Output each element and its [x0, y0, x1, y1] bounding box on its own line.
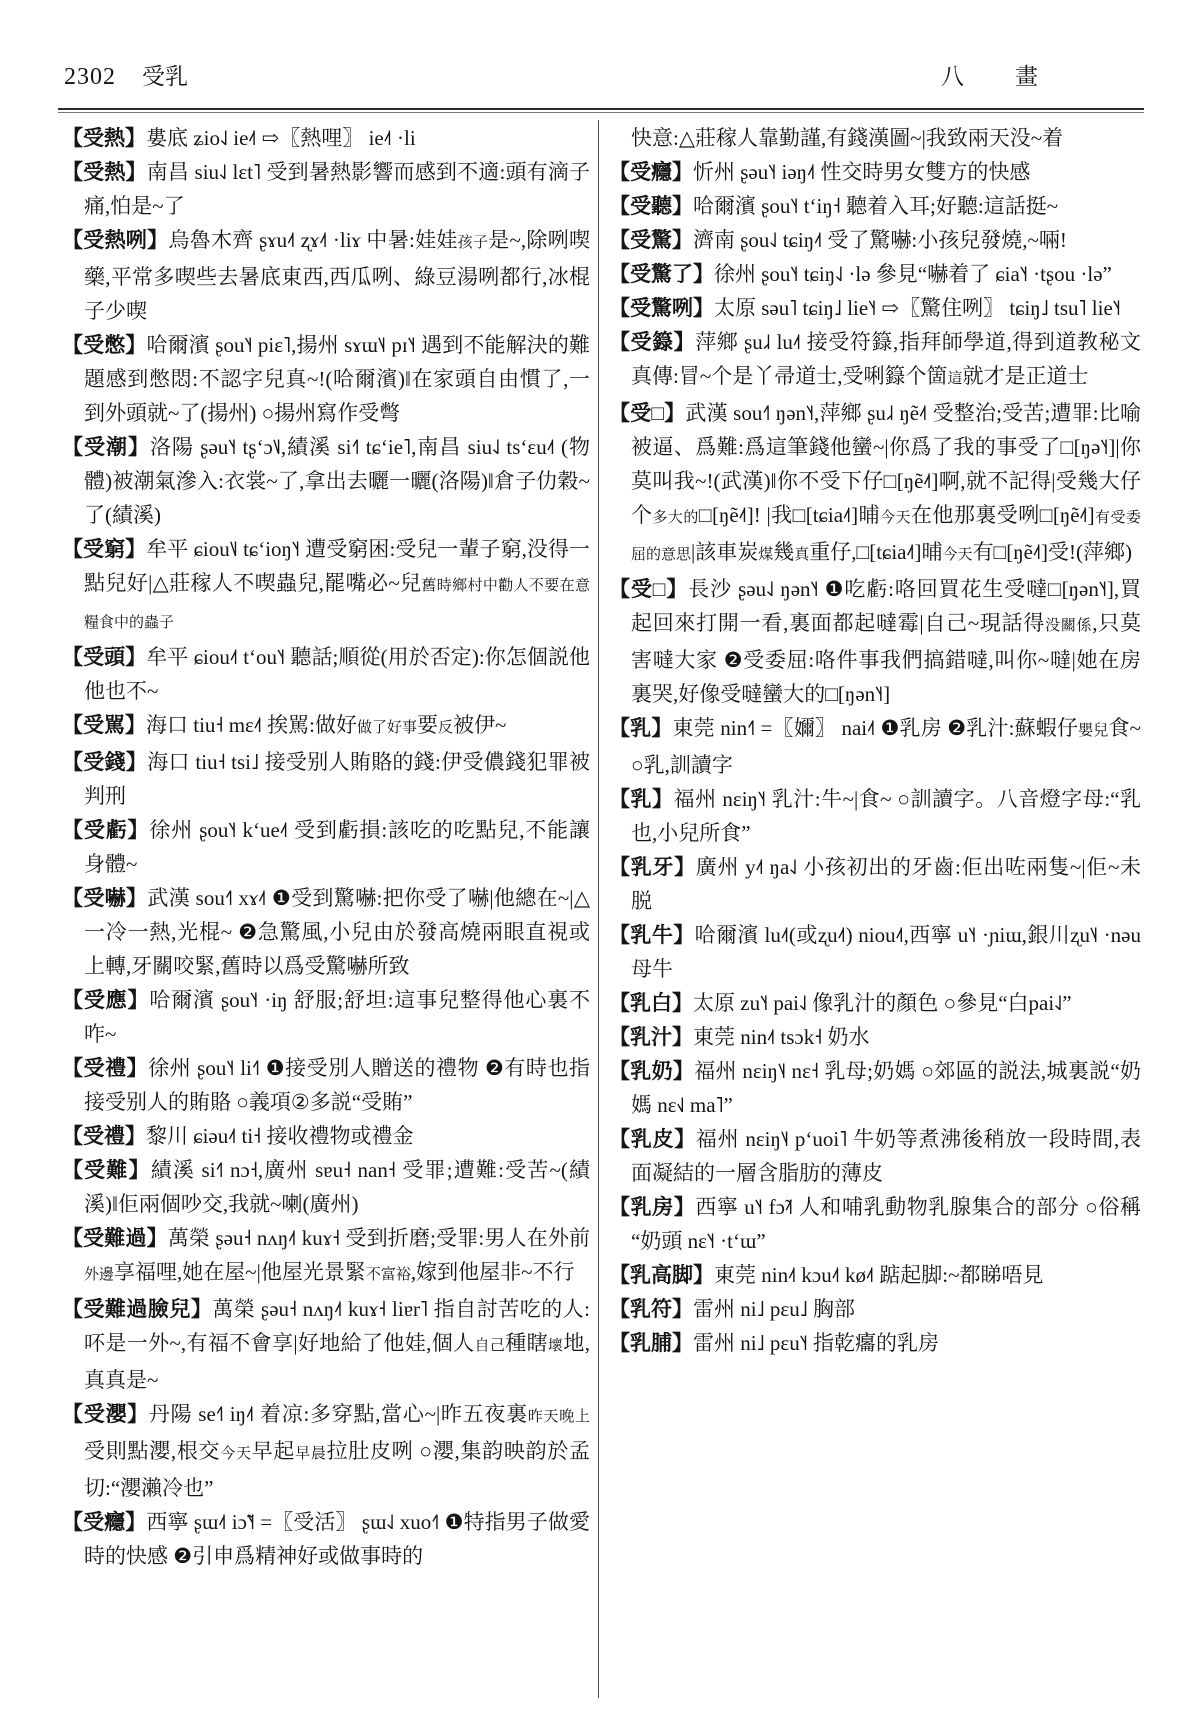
entry-text: 東莞 nin˨˦ tsɔk˧ 奶水	[693, 1025, 870, 1049]
entry-text: □[ŋẽ˨˦]! |我□[tɕia˨˦]晡	[699, 503, 880, 527]
gloss-note-small: 煤	[758, 547, 773, 563]
entry-headword: 【受頭】	[62, 645, 146, 669]
dictionary-entry: 【受瀴】丹陽 se˧˥ iŋ˨˦ 着凉:多穿點,當心~|昨五夜裏昨天晚上受則點瀴…	[62, 1397, 590, 1505]
entry-headword: 【乳高脚】	[609, 1263, 714, 1287]
dictionary-entry: 快意:△莊稼人靠勤謹,有錢漢圖~|我致兩天没~着	[609, 121, 1141, 155]
dictionary-entry: 【受虧】徐州 ʂou˥˧ kʻue˨˦ 受到虧損:該吃的吃點兒,不能讓身體~	[62, 813, 590, 881]
entry-headword: 【受□】	[609, 401, 685, 425]
entry-text: 武漢 sou˧˥ xɤ˨˦ ❶受到驚嚇:把你受了嚇|他總在~|△一冷一熱,光棍~…	[84, 886, 590, 978]
entry-text: 快意:△莊稼人靠勤謹,有錢漢圖~|我致兩天没~着	[631, 126, 1063, 150]
dictionary-entry: 【受驚】濟南 ʂou˨˩ tɕiŋ˨˦ 受了驚嚇:小孩兒發燒,~啢!	[609, 223, 1141, 257]
dictionary-entry: 【乳牛】哈爾濱 lu˨˦(或ʐu˨˦) niou˨˦,西寧 u˥˧ ·ɲiɯ,銀…	[609, 918, 1141, 986]
gloss-note-small: 嬰兒	[1078, 723, 1108, 739]
entry-headword: 【乳房】	[609, 1195, 695, 1219]
header-rule	[58, 108, 1144, 113]
entry-text: 太原 səu˥ tɕiŋ˩ lie˥˧ ⇨〖驚住咧〗 tɕiŋ˩ tsu˥ li…	[714, 296, 1121, 320]
dictionary-entry: 【受禮】黎川 ɕiəu˨˦ ti˧ 接收禮物或禮金	[62, 1119, 590, 1153]
gloss-note-small: 反	[438, 720, 453, 736]
entry-headword: 【乳奶】	[609, 1059, 694, 1083]
gloss-note-small: 不富裕	[366, 1267, 411, 1283]
dictionary-entry: 【乳符】雷州 ni˩ pɛu˩ 胸部	[609, 1292, 1141, 1326]
entry-headword: 【受驚了】	[609, 262, 714, 286]
dictionary-entry: 【受熱】婁底 ʑio˨˩ ie˨˦ ⇨〖熱哩〗 ie˨˦ ·li	[62, 121, 590, 155]
gloss-note-small: 多大的	[652, 510, 698, 526]
header-rule-thin	[58, 112, 1144, 113]
dictionary-entry: 【乳房】西寧 u˥˧ fɔ̃˨˦ 人和哺乳動物乳腺集合的部分 ○俗稱“奶頭 nɛ…	[609, 1190, 1141, 1258]
gloss-note-small: 孩子	[458, 235, 489, 251]
entry-text: 海口 tiu˧ tsi˩ 接受别人賄賂的錢:伊受儂錢犯罪被判刑	[84, 750, 590, 808]
entry-text: 西寧 u˥˧ fɔ̃˨˦ 人和哺乳動物乳腺集合的部分 ○俗稱“奶頭 nɛ˥˧ ·…	[631, 1195, 1141, 1253]
entry-text: 黎川 ɕiəu˨˦ ti˧ 接收禮物或禮金	[146, 1124, 413, 1148]
entry-headword: 【受窮】	[62, 537, 146, 561]
header-left: 2302 受乳	[64, 58, 188, 91]
entry-headword: 【受癮】	[609, 160, 693, 184]
dictionary-entry: 【受頭】牟平 ɕiou˨˦ tʻou˥˧ 聽話;順從(用於否定):你怎個説他他也…	[62, 640, 590, 708]
entry-text: 有□[ŋẽ˨˦]受!(萍鄉)	[973, 540, 1132, 564]
entry-headword: 【受難過臉兒】	[62, 1297, 212, 1321]
entry-text: 哈爾濱 lu˨˦(或ʐu˨˦) niou˨˦,西寧 u˥˧ ·ɲiɯ,銀川ʐu˥…	[631, 923, 1141, 981]
dictionary-entry: 【受錢】海口 tiu˧ tsi˩ 接受别人賄賂的錢:伊受儂錢犯罪被判刑	[62, 745, 590, 813]
entry-headword: 【乳脯】	[609, 1331, 693, 1355]
gloss-note-small: 今天	[220, 1446, 251, 1462]
entry-text: 福州 nɛiŋ˥˨ pʻuoi˥ 牛奶等煮沸後稍放一段時間,表面凝結的一層含脂肪…	[631, 1127, 1141, 1185]
entry-text: 雷州 ni˩ pɛu˥˧ 指乾癟的乳房	[693, 1331, 939, 1355]
stroke-section: 八 畫	[941, 58, 1052, 91]
dictionary-entry: 【受難】績溪 si˧˥ nɔ˧,廣州 sɐu˧ nan˧ 受罪;遭難:受苦~(績…	[62, 1153, 590, 1221]
entry-headword: 【受聽】	[609, 194, 693, 218]
entry-text: 雷州 ni˩ pɛu˩ 胸部	[693, 1297, 855, 1321]
entry-headword: 【受潮】	[62, 435, 150, 459]
gloss-note-small: 自己	[474, 1338, 505, 1354]
entry-text: 徐州 ʂou˥˧ kʻue˨˦ 受到虧損:該吃的吃點兒,不能讓身體~	[84, 818, 590, 876]
dictionary-entry: 【受熱】南昌 siu˨˩ lɛt˥ 受到暑熱影響而感到不適:頭有滴子痛,怕是~了	[62, 155, 590, 223]
gloss-note-small: 真	[794, 547, 809, 563]
entry-headword: 【受應】	[62, 988, 149, 1012]
gloss-note-small: 昨天晚上	[528, 1409, 590, 1425]
dictionary-entry: 【受潮】洛陽 ʂəu˥˧ tʂʻɔ˥˩,績溪 si˧˥ tɕʻie˥,南昌 si…	[62, 430, 590, 532]
entry-headword: 【乳皮】	[609, 1127, 696, 1151]
dictionary-entry: 【受嚇】武漢 sou˧˥ xɤ˨˦ ❶受到驚嚇:把你受了嚇|他總在~|△一冷一熱…	[62, 881, 590, 983]
entry-headword: 【乳白】	[609, 991, 693, 1015]
entry-headword: 【乳汁】	[609, 1025, 693, 1049]
gloss-note-small: 壞	[548, 1338, 563, 1354]
entry-headword: 【受熱咧】	[62, 228, 168, 252]
entry-text: 被伊~	[453, 713, 506, 737]
entry-text: 牟平 ɕiou˨˦ tʻou˥˧ 聽話;順從(用於否定):你怎個説他他也不~	[84, 645, 590, 703]
dictionary-entry: 【受難過臉兒】萬榮 ʂəu˧ nʌŋ˨˦ kuɤ˧ liɐr˥ 指自討苦吃的人:…	[62, 1292, 590, 1397]
entry-headword: 【受□】	[609, 577, 688, 601]
entry-headword: 【受熱】	[62, 126, 146, 150]
entry-text: 南昌 siu˨˩ lɛt˥ 受到暑熱影響而感到不適:頭有滴子痛,怕是~了	[84, 160, 590, 218]
gloss-note-small: 早晨	[295, 1446, 326, 1462]
right-column: 快意:△莊稼人靠勤謹,有錢漢圖~|我致兩天没~着【受癮】忻州 ʂəu˥˧ iəŋ…	[609, 121, 1141, 1360]
column-divider	[598, 120, 599, 1698]
entry-text: 早起	[252, 1439, 295, 1463]
entry-text: 徐州 ʂou˥˧ tɕiŋ˨˩ ·lə 參見“嚇着了 ɕia˥˧ ·tʂou ·…	[714, 262, 1112, 286]
entry-headword: 【受駡】	[62, 713, 146, 737]
entry-text: ,嫁到他屋非~不行	[411, 1260, 575, 1284]
entry-text: 要	[417, 713, 438, 737]
entry-text: 海口 tiu˧ mɛ˨˦ 挨駡:做好	[146, 713, 357, 737]
entry-headword: 【乳】	[609, 787, 674, 811]
dictionary-entry: 【受難過】萬榮 ʂəu˧ nʌŋ˨˦ kuɤ˧ 受到折磨;受罪:男人在外前外邊享…	[62, 1221, 590, 1292]
dictionary-entry: 【受熱咧】烏魯木齊 ʂɤu˨˦ ʐɤ˨˦ ·liɤ 中暑:娃娃孩子是~,除咧喫藥…	[62, 223, 590, 328]
entry-text: 濟南 ʂou˨˩ tɕiŋ˨˦ 受了驚嚇:小孩兒發燒,~啢!	[693, 228, 1067, 252]
entry-text: 重仔,□[tɕia˨˦]晡	[809, 540, 942, 564]
entry-text: 哈爾濱 ʂou˥˧ ·iŋ 舒服;舒坦:這事兒整得他心裏不咋~	[84, 988, 590, 1046]
dictionary-entry: 【受癮】忻州 ʂəu˥˧ iəŋ˨˦ 性交時男女雙方的快感	[609, 155, 1141, 189]
dictionary-entry: 【乳奶】福州 nɛiŋ˥˨ nɛ˧ 乳母;奶媽 ○郊區的説法,城裏説“奶媽 nɛ…	[609, 1054, 1141, 1122]
entry-headword: 【乳牙】	[609, 855, 696, 879]
dictionary-entry: 【受窮】牟平 ɕiou˥˩ tɕʻioŋ˥˧ 遭受窮困:受兒一輩子窮,没得一點兒…	[62, 532, 590, 640]
entry-text: 東莞 nin˨˦ kɔu˨˦ kø˨˦ 踮起脚:~都睇唔見	[714, 1263, 1043, 1287]
entry-text: 東莞 nin˧˥ =〖嬭〗 nai˨˦ ❶乳房 ❷乳汁:蘇蝦仔	[673, 716, 1079, 740]
dictionary-entry: 【受應】哈爾濱 ʂou˥˧ ·iŋ 舒服;舒坦:這事兒整得他心裏不咋~	[62, 983, 590, 1051]
left-column: 【受熱】婁底 ʑio˨˩ ie˨˦ ⇨〖熱哩〗 ie˨˦ ·li【受熱】南昌 s…	[62, 121, 590, 1573]
entry-headword: 【受嚇】	[62, 886, 147, 910]
entry-text: |該車炭	[691, 540, 758, 564]
entry-headword: 【受虧】	[62, 818, 149, 842]
entry-headword: 【受籙】	[609, 330, 695, 354]
entry-text: 幾	[773, 540, 794, 564]
dictionary-entry: 【受癮】西寧 ʂɯ˨˦ iɔ̃˥˧ =〖受活〗 ʂɯ˨˩ xuo˧˥ ❶特指男子…	[62, 1505, 590, 1573]
entry-text: 丹陽 se˧˥ iŋ˨˦ 着凉:多穿點,當心~|昨五夜裏	[149, 1402, 528, 1426]
dictionary-entry: 【受驚咧】太原 səu˥ tɕiŋ˩ lie˥˧ ⇨〖驚住咧〗 tɕiŋ˩ ts…	[609, 291, 1141, 325]
entry-text: 哈爾濱 ʂou˥˧ piɛ˥,揚州 sɤɯ˥˨ pɪ˥˧ 遇到不能解決的難題感到…	[84, 333, 590, 425]
dictionary-entry: 【受聽】哈爾濱 ʂou˥˧ tʻiŋ˧ 聽着入耳;好聽:這話挺~	[609, 189, 1141, 223]
entry-text: 萬榮 ʂəu˧ nʌŋ˨˦ kuɤ˧ 受到折磨;受罪:男人在外前	[168, 1226, 590, 1250]
entry-text: 西寧 ʂɯ˨˦ iɔ̃˥˧ =〖受活〗 ʂɯ˨˩ xuo˧˥ ❶特指男子做愛時的…	[84, 1510, 590, 1568]
entry-headword: 【受難】	[62, 1158, 151, 1182]
entry-headword: 【受癮】	[62, 1510, 146, 1534]
dictionary-entry: 【乳牙】廣州 y˨˦ ŋa˨˩ 小孩初出的牙齒:佢出咗兩隻~|佢~未脱	[609, 850, 1141, 918]
entry-text: 徐州 ʂou˥˧ li˧˥ ❶接受別人贈送的禮物 ❷有時也指接受别人的賄賂 ○義…	[84, 1056, 590, 1114]
gloss-note-small: 外邊	[84, 1267, 114, 1283]
entry-text: 享福哩,她在屋~|他屋光景緊	[114, 1260, 366, 1284]
dictionary-entry: 【受□】長沙 ʂəu˨˩ ŋən˥˧ ❶吃虧:咯回買花生受噠□[ŋən˥˧],買…	[609, 572, 1141, 711]
entry-headword: 【受難過】	[62, 1226, 168, 1250]
dictionary-entry: 【受驚了】徐州 ʂou˥˧ tɕiŋ˨˩ ·lə 參見“嚇着了 ɕia˥˧ ·t…	[609, 257, 1141, 291]
dictionary-entry: 【乳皮】福州 nɛiŋ˥˨ pʻuoi˥ 牛奶等煮沸後稍放一段時間,表面凝結的一…	[609, 1122, 1141, 1190]
gloss-note-small: 今天	[943, 547, 973, 563]
entry-text: 種瞎	[505, 1331, 548, 1355]
entry-text: 婁底 ʑio˨˩ ie˨˦ ⇨〖熱哩〗 ie˨˦ ·li	[146, 126, 416, 150]
entry-headword: 【受禮】	[62, 1056, 148, 1080]
dictionary-entry: 【受憋】哈爾濱 ʂou˥˧ piɛ˥,揚州 sɤɯ˥˨ pɪ˥˧ 遇到不能解決的…	[62, 328, 590, 430]
dictionary-entry: 【乳高脚】東莞 nin˨˦ kɔu˨˦ kø˨˦ 踮起脚:~都睇唔見	[609, 1258, 1141, 1292]
entry-text: 福州 nɛiŋ˥˧ 乳汁:牛~|食~ ○訓讀字。八音燈字母:“乳也,小兒所食”	[631, 787, 1141, 845]
entry-headword: 【受驚咧】	[609, 296, 714, 320]
entry-headword: 【乳牛】	[609, 923, 695, 947]
gloss-note-small: 這	[947, 371, 962, 387]
entry-text: 廣州 y˨˦ ŋa˨˩ 小孩初出的牙齒:佢出咗兩隻~|佢~未脱	[631, 855, 1141, 913]
entry-headword: 【受驚】	[609, 228, 693, 252]
dictionary-entry: 【受禮】徐州 ʂou˥˧ li˧˥ ❶接受別人贈送的禮物 ❷有時也指接受别人的賄…	[62, 1051, 590, 1119]
dictionary-page: 2302 受乳 八 畫 【受熱】婁底 ʑio˨˩ ie˨˦ ⇨〖熱哩〗 ie˨˦…	[0, 0, 1200, 1724]
entry-text: 在他那裏受咧□[ŋẽ˨˦]	[911, 503, 1095, 527]
entry-text: 績溪 si˧˥ nɔ˧,廣州 sɐu˧ nan˧ 受罪;遭難:受苦~(績溪)‖佢…	[84, 1158, 590, 1216]
dictionary-entry: 【乳脯】雷州 ni˩ pɛu˥˧ 指乾癟的乳房	[609, 1326, 1141, 1360]
dictionary-entry: 【乳】東莞 nin˧˥ =〖嬭〗 nai˨˦ ❶乳房 ❷乳汁:蘇蝦仔嬰兒食~ ○…	[609, 711, 1141, 782]
dictionary-entry: 【乳白】太原 zu˥˧ pai˨˩ 像乳汁的顏色 ○參見“白pai˨˩”	[609, 986, 1141, 1020]
entry-headword: 【乳符】	[609, 1297, 693, 1321]
entry-text: 就才是正道士	[962, 364, 1088, 388]
entry-text: 烏魯木齊 ʂɤu˨˦ ʐɤ˨˦ ·liɤ 中暑:娃娃	[168, 228, 457, 252]
entry-headword: 【受禮】	[62, 1124, 146, 1148]
dictionary-entry: 【乳】福州 nɛiŋ˥˧ 乳汁:牛~|食~ ○訓讀字。八音燈字母:“乳也,小兒所…	[609, 782, 1141, 850]
entry-text: 受則點瀴,根交	[84, 1439, 220, 1463]
entry-text: 洛陽 ʂəu˥˧ tʂʻɔ˥˩,績溪 si˧˥ tɕʻie˥,南昌 siu˨˩ …	[84, 435, 590, 527]
entry-headword: 【受瀴】	[62, 1402, 149, 1426]
entry-text: 太原 zu˥˧ pai˨˩ 像乳汁的顏色 ○參見“白pai˨˩”	[693, 991, 1072, 1015]
page-number: 2302	[64, 64, 116, 91]
entry-headword: 【乳】	[609, 716, 673, 740]
guide-word: 受乳	[142, 58, 188, 91]
dictionary-entry: 【乳汁】東莞 nin˨˦ tsɔk˧ 奶水	[609, 1020, 1141, 1054]
header-rule-thick	[58, 108, 1144, 110]
dictionary-entry: 【受□】武漢 sou˧˥ ŋən˥˧,萍鄉 ʂu˩˨ ŋẽ˨˦ 受整治;受苦;遭…	[609, 396, 1141, 572]
dictionary-entry: 【受籙】萍鄉 ʂu˩˨ lu˨˦ 接受符籙,指拜師學道,得到道教秘文真傳:冒~个…	[609, 325, 1141, 396]
entry-text: 哈爾濱 ʂou˥˧ tʻiŋ˧ 聽着入耳;好聽:這話挺~	[693, 194, 1058, 218]
page-header: 2302 受乳 八 畫	[64, 58, 1122, 91]
gloss-note-small: 没關係	[1045, 618, 1092, 634]
gloss-note-small: 做了好事	[357, 720, 417, 736]
dictionary-entry: 【受駡】海口 tiu˧ mɛ˨˦ 挨駡:做好做了好事要反被伊~	[62, 708, 590, 745]
entry-text: 福州 nɛiŋ˥˨ nɛ˧ 乳母;奶媽 ○郊區的説法,城裏説“奶媽 nɛ˧˩ m…	[631, 1059, 1141, 1117]
entry-headword: 【受熱】	[62, 160, 147, 184]
entry-text: 忻州 ʂəu˥˧ iəŋ˨˦ 性交時男女雙方的快感	[693, 160, 1030, 184]
gloss-note-small: 今天	[880, 510, 911, 526]
entry-headword: 【受錢】	[62, 750, 147, 774]
entry-headword: 【受憋】	[62, 333, 147, 357]
